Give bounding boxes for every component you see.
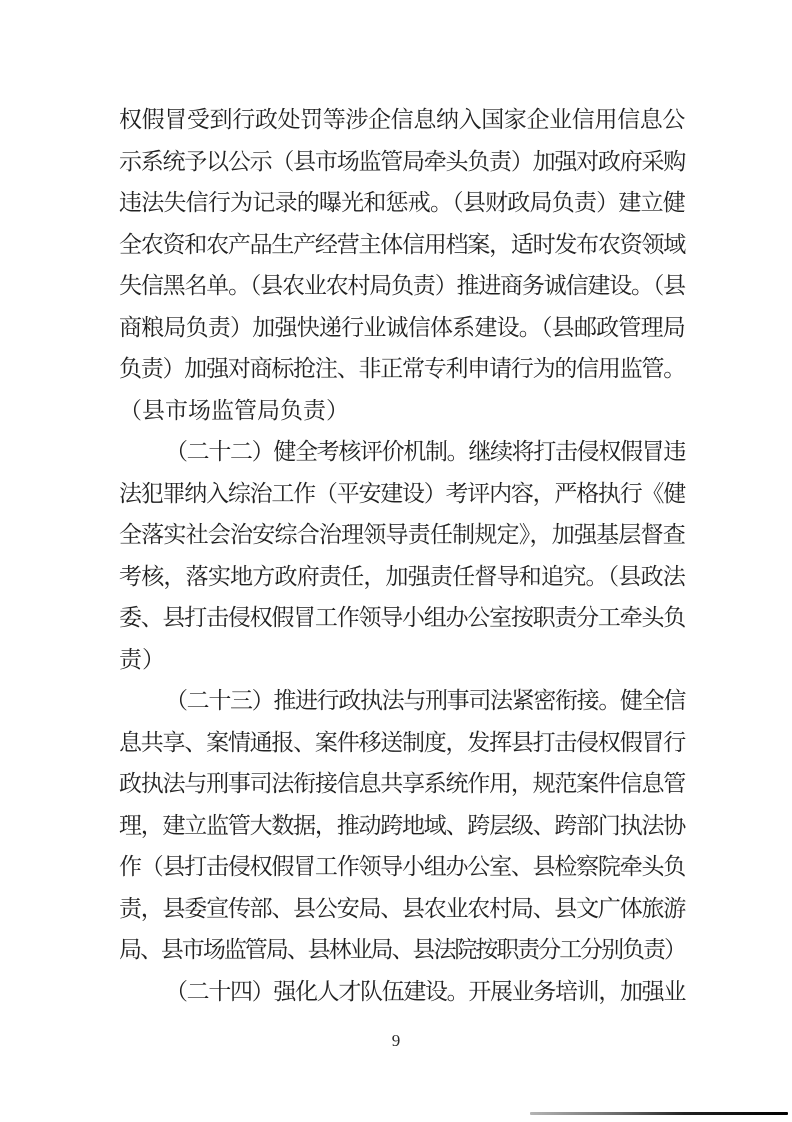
line-text: （二十三）推进行政执法与刑事司法紧密衔接。健全信	[165, 680, 685, 722]
line-text: 局、县市场监管局、县林业局、县法院按职责分工分别负责）	[119, 929, 685, 971]
line-text: 违法失信行为记录的曝光和惩戒。（县财政局负责）建立健	[119, 182, 685, 224]
line-text: 全落实社会治安综合治理领导责任制规定》，加强基层督查	[119, 514, 685, 556]
line-text: 考核，落实地方政府责任，加强责任督导和追究。（县政法	[119, 556, 685, 598]
text-line: 局、县市场监管局、县林业局、县法院按职责分工分别负责）	[119, 929, 685, 971]
line-text: （县市场监管局负责）	[119, 390, 349, 432]
line-text: 息共享、案情通报、案件移送制度，发挥县打击侵权假冒行	[119, 722, 685, 764]
text-line: 违法失信行为记录的曝光和惩戒。（县财政局负责）建立健	[119, 182, 685, 224]
text-line: （二十四）强化人才队伍建设。开展业务培训，加强业	[119, 971, 685, 1013]
text-line: 负责）加强对商标抢注、非正常专利申请行为的信用监管。	[119, 348, 685, 390]
text-line: 商粮局负责）加强快递行业诚信体系建设。（县邮政管理局	[119, 307, 685, 349]
line-text: 失信黑名单。（县农业农村局负责）推进商务诚信建设。（县	[119, 265, 685, 307]
text-line: 作（县打击侵权假冒工作领导小组办公室、县检察院牵头负	[119, 846, 685, 888]
text-line: 考核，落实地方政府责任，加强责任督导和追究。（县政法	[119, 556, 685, 598]
text-line: （二十三）推进行政执法与刑事司法紧密衔接。健全信	[119, 680, 685, 722]
line-text: 作（县打击侵权假冒工作领导小组办公室、县检察院牵头负	[119, 846, 685, 888]
line-text: 负责）加强对商标抢注、非正常专利申请行为的信用监管。	[119, 348, 685, 390]
line-text: 责）	[119, 639, 165, 681]
text-line: 委、县打击侵权假冒工作领导小组办公室按职责分工牵头负	[119, 597, 685, 639]
line-text: 商粮局负责）加强快递行业诚信体系建设。（县邮政管理局	[119, 307, 685, 349]
scan-artifact-line	[530, 1112, 788, 1115]
text-line: 失信黑名单。（县农业农村局负责）推进商务诚信建设。（县	[119, 265, 685, 307]
line-text: 政执法与刑事司法衔接信息共享系统作用，规范案件信息管	[119, 763, 685, 805]
text-line: 权假冒受到行政处罚等涉企信息纳入国家企业信用信息公	[119, 99, 685, 141]
text-line: 全农资和农产品生产经营主体信用档案，适时发布农资领域	[119, 224, 685, 266]
line-text: 示系统予以公示（县市场监管局牵头负责）加强对政府采购	[119, 141, 685, 183]
page-number: 9	[0, 1031, 792, 1051]
document-page: 权假冒受到行政处罚等涉企信息纳入国家企业信用信息公 示系统予以公示（县市场监管局…	[0, 0, 792, 1122]
text-line: 示系统予以公示（县市场监管局牵头负责）加强对政府采购	[119, 141, 685, 183]
line-text: 责，县委宣传部、县公安局、县农业农村局、县文广体旅游	[119, 888, 685, 930]
line-text: 全农资和农产品生产经营主体信用档案，适时发布农资领域	[119, 224, 685, 266]
line-text: 法犯罪纳入综治工作（平安建设）考评内容，严格执行《健	[119, 473, 685, 515]
line-text: 理，建立监管大数据，推动跨地域、跨层级、跨部门执法协	[119, 805, 685, 847]
text-line: 法犯罪纳入综治工作（平安建设）考评内容，严格执行《健	[119, 473, 685, 515]
text-line: （县市场监管局负责）	[119, 390, 685, 432]
text-line: 理，建立监管大数据，推动跨地域、跨层级、跨部门执法协	[119, 805, 685, 847]
line-text: （二十四）强化人才队伍建设。开展业务培训，加强业	[165, 971, 685, 1013]
line-text: 权假冒受到行政处罚等涉企信息纳入国家企业信用信息公	[119, 99, 685, 141]
text-line: 政执法与刑事司法衔接信息共享系统作用，规范案件信息管	[119, 763, 685, 805]
document-text-block: 权假冒受到行政处罚等涉企信息纳入国家企业信用信息公 示系统予以公示（县市场监管局…	[119, 99, 685, 1012]
text-line: （二十二）健全考核评价机制。继续将打击侵权假冒违	[119, 431, 685, 473]
line-text: 委、县打击侵权假冒工作领导小组办公室按职责分工牵头负	[119, 597, 685, 639]
text-line: 全落实社会治安综合治理领导责任制规定》，加强基层督查	[119, 514, 685, 556]
line-text: （二十二）健全考核评价机制。继续将打击侵权假冒违	[165, 431, 685, 473]
text-line: 责，县委宣传部、县公安局、县农业农村局、县文广体旅游	[119, 888, 685, 930]
text-line: 责）	[119, 639, 685, 681]
text-line: 息共享、案情通报、案件移送制度，发挥县打击侵权假冒行	[119, 722, 685, 764]
